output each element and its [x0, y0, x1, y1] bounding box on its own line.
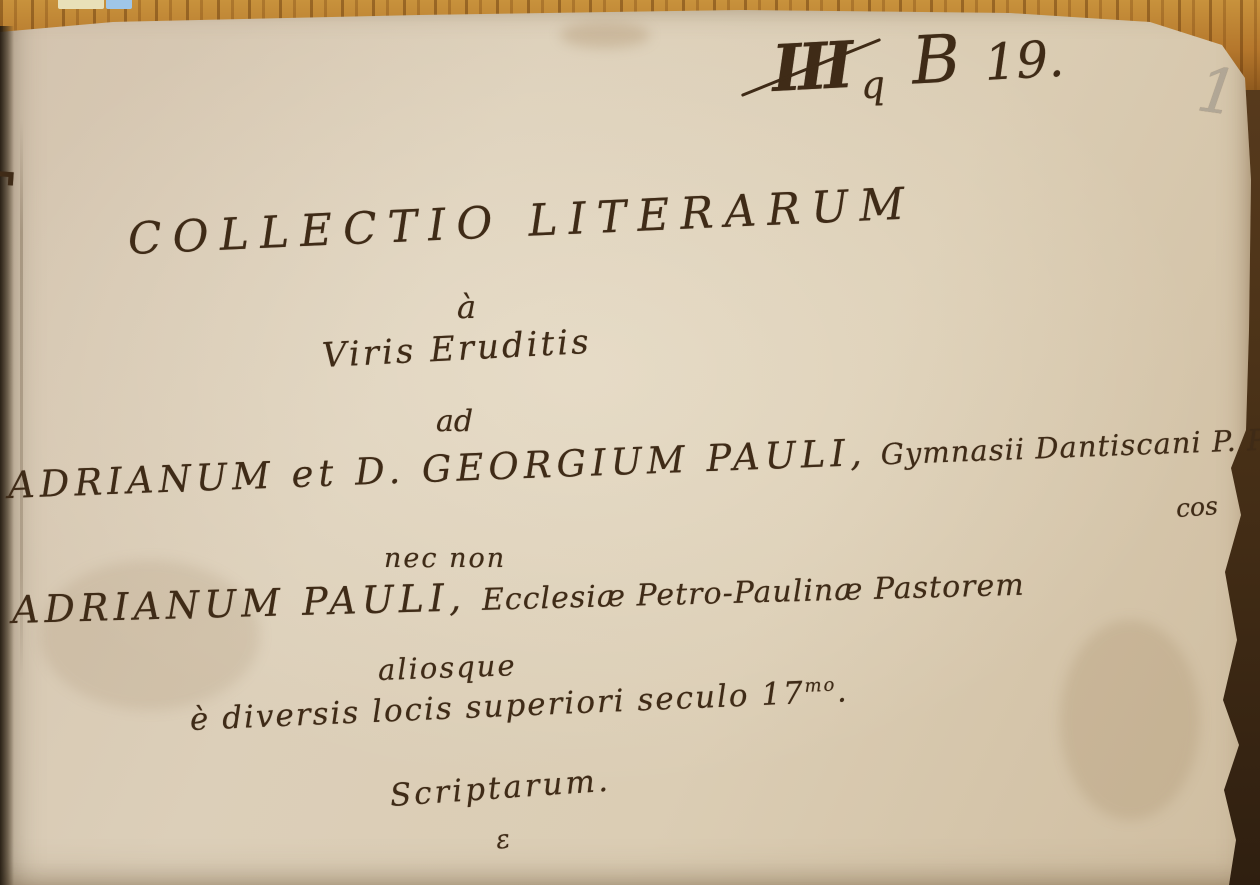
- line-ad: ad: [436, 404, 473, 439]
- sticky-note-edge: [58, 0, 104, 9]
- paper-stain: [1060, 620, 1200, 820]
- shelfmark-letter: B: [910, 20, 962, 99]
- line-a: à: [457, 288, 476, 326]
- provenance-superscript: mo: [804, 674, 837, 696]
- shelfmark-number: 19.: [983, 30, 1065, 92]
- line-aliosque: aliosque: [377, 648, 517, 687]
- shelfmark-q: q: [860, 62, 887, 107]
- blue-tab-edge: [106, 0, 132, 9]
- line-nec-non: nec non: [384, 543, 506, 574]
- provenance-period: .: [836, 673, 849, 709]
- dedication-1-wrap: cos: [1175, 491, 1219, 523]
- manuscript-photo: ⌐ IIIqB19. 1 COLLECTIO LITERARUM à Viris…: [0, 0, 1260, 885]
- paper-stain: [560, 22, 650, 48]
